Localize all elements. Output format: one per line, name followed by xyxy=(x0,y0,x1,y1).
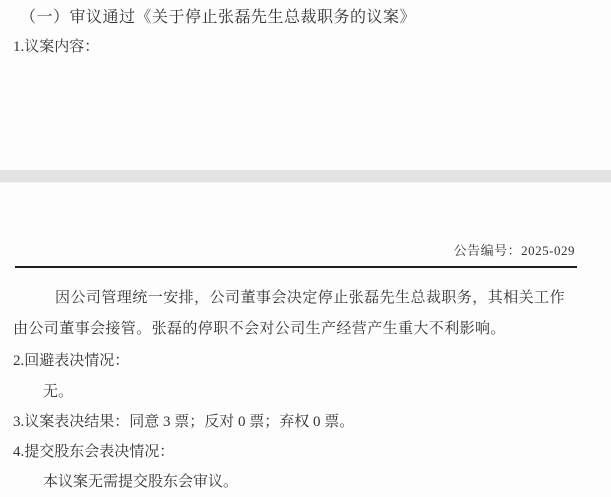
announcement-number: 公告编号：2025-029 xyxy=(454,243,575,259)
section-heading: （一）审议通过《关于停止张磊先生总裁职务的议案》 xyxy=(20,8,416,27)
recusal-voting-value: 无。 xyxy=(43,383,73,401)
shareholder-meeting-value: 本议案无需提交股东会审议。 xyxy=(43,473,238,491)
page-separator xyxy=(0,170,611,183)
vote-result-line: 3.议案表决结果：同意 3 票；反对 0 票；弃权 0 票。 xyxy=(13,413,354,431)
header-rule xyxy=(15,266,577,268)
proposal-content-label: 1.议案内容： xyxy=(13,38,99,56)
shareholder-meeting-label: 4.提交股东会表决情况： xyxy=(13,443,174,461)
document-page: { "colors": { "background": "#fdfdfd", "… xyxy=(0,0,611,497)
recusal-voting-label: 2.回避表决情况： xyxy=(13,352,129,370)
proposal-paragraph: 因公司管理统一安排，公司董事会决定停止张磊先生总裁职务，其相关工作由公司董事会接… xyxy=(13,283,565,345)
